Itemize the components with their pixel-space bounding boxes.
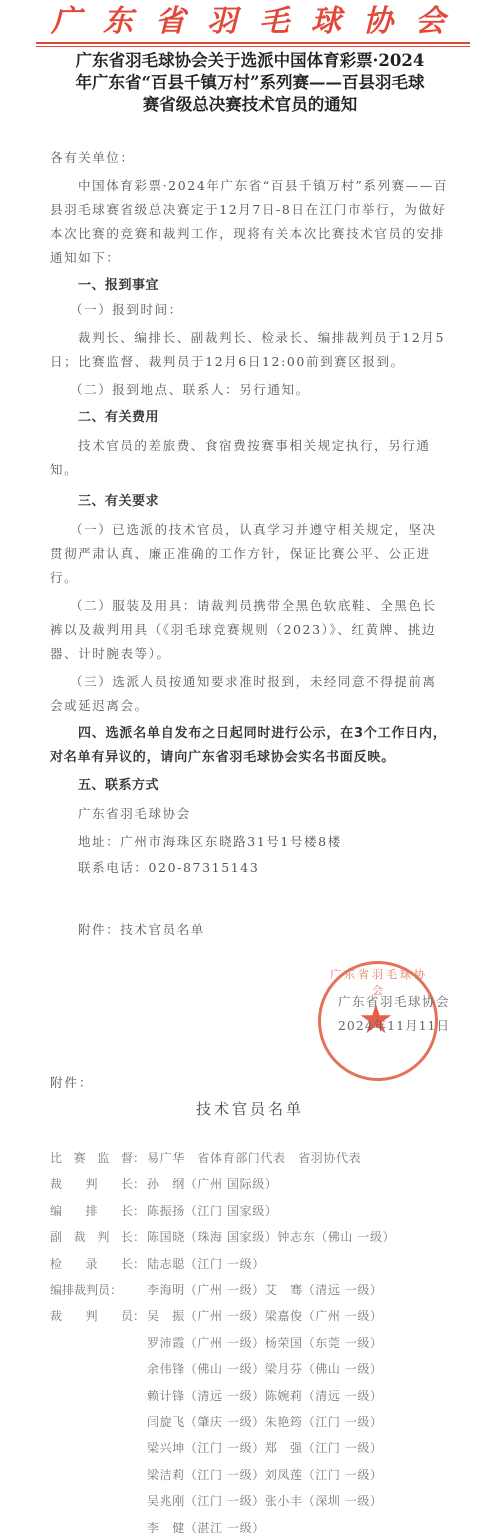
roster-row: 闫旋飞（肇庆 一级）朱艳筠（江门 一级） <box>50 1409 470 1435</box>
role-char: 判 <box>85 1303 97 1329</box>
role-char: 长： <box>121 1171 145 1197</box>
roster-row: 编排长：陈振扬（江门 国家级） <box>50 1198 470 1224</box>
roster-row: 副裁判长：陈国晓（珠海 国家级）钟志东（佛山 一级） <box>50 1224 470 1250</box>
section-4-paragraph: 四、选派名单自发布之日起同时进行公示，在3个工作日内，对名单有异议的，请向广东省… <box>50 722 450 770</box>
roster-entries: 余伟锋（佛山 一级）梁月芬（佛山 一级） <box>147 1356 383 1382</box>
role-char: 判 <box>85 1171 97 1197</box>
masthead-org-name: 广东省羽毛球协会 <box>0 4 500 40</box>
roster-row: 裁判长：孙 纲（广州 国际级） <box>50 1171 470 1197</box>
roster-row: 梁洁莉（江门 一级）刘凤莲（江门 一级） <box>50 1462 470 1488</box>
intro-paragraph: 中国体育彩票·2024年广东省“百县千镇万村”系列赛——百县羽毛球赛省级总决赛定… <box>50 174 450 270</box>
signature-org: 广东省羽毛球协会 <box>320 992 450 1010</box>
roster-role: 裁判长： <box>50 1171 147 1197</box>
roster-entries: 李 健（湛江 一级） <box>147 1515 265 1537</box>
roster-entries: 赖计锋（清远 一级）陈婉莉（清远 一级） <box>147 1383 383 1409</box>
contact-org: 广东省羽毛球协会 <box>50 802 450 826</box>
roster-row: 赖计锋（清远 一级）陈婉莉（清远 一级） <box>50 1383 470 1409</box>
role-char: 长： <box>121 1224 145 1250</box>
roster-role: 编排裁判员： <box>50 1277 147 1303</box>
section-heading-2: 二、有关费用 <box>50 406 450 430</box>
roster-row: 检录长：陆志聪（江门 一级） <box>50 1251 470 1277</box>
roster-entries: 罗沛霞（广州 一级）杨荣国（东莞 一级） <box>147 1330 383 1356</box>
officials-roster: 比赛监督：易广华 省体育部门代表 省羽协代表裁判长：孙 纲（广州 国际级）编排长… <box>50 1145 470 1537</box>
title-line: 年广东省“百县千镇万村”系列赛——百县羽毛球 <box>60 72 440 94</box>
role-char: 裁 <box>50 1171 62 1197</box>
roster-role <box>50 1330 147 1356</box>
role-char: 比 <box>50 1145 62 1171</box>
roster-row: 余伟锋（佛山 一级）梁月芬（佛山 一级） <box>50 1356 470 1382</box>
roster-row: 吴兆刚（江门 一级）张小丰（深圳 一级） <box>50 1488 470 1514</box>
roster-role <box>50 1515 147 1537</box>
roster-row: 裁判员：吴 振（广州 一级）梁嘉俊（广州 一级） <box>50 1303 470 1329</box>
role-char: 长： <box>121 1198 145 1224</box>
role-char: 排 <box>85 1198 97 1224</box>
section-heading-5: 五、联系方式 <box>50 774 450 798</box>
roster-entries: 孙 纲（广州 国际级） <box>147 1171 277 1197</box>
roster-entries: 陈国晓（珠海 国家级）钟志东（佛山 一级） <box>147 1224 395 1250</box>
role-char: 监 <box>97 1145 109 1171</box>
section-3-para-3: （三）选派人员按通知要求准时报到，未经同意不得提前离会或延迟离会。 <box>50 670 450 718</box>
role-char: 判 <box>97 1224 109 1250</box>
role-char: 副 <box>50 1224 62 1250</box>
roster-entries: 闫旋飞（肇庆 一级）朱艳筠（江门 一级） <box>147 1409 383 1435</box>
roster-entries: 梁洁莉（江门 一级）刘凤莲（江门 一级） <box>147 1462 383 1488</box>
masthead-rule-thick <box>36 42 470 44</box>
role-char: 编 <box>50 1198 62 1224</box>
roster-entries: 陈振扬（江门 国家级） <box>147 1198 277 1224</box>
contact-address: 地址：广州市海珠区东晓路31号1号楼8楼 <box>50 830 450 854</box>
role-char: 编排裁判员： <box>50 1277 122 1303</box>
roster-entries: 梁兴坤（江门 一级）郑 强（江门 一级） <box>147 1435 383 1461</box>
roster-row: 梁兴坤（江门 一级）郑 强（江门 一级） <box>50 1435 470 1461</box>
role-char: 录 <box>85 1251 97 1277</box>
roster-row: 李 健（湛江 一级） <box>50 1515 470 1537</box>
attachment-title: 技术官员名单 <box>0 1098 500 1119</box>
roster-entries: 易广华 省体育部门代表 省羽协代表 <box>147 1145 361 1171</box>
role-char: 督： <box>121 1145 145 1171</box>
role-char: 长： <box>121 1251 145 1277</box>
role-char: 赛 <box>74 1145 86 1171</box>
role-char: 员： <box>121 1303 145 1329</box>
section-1-para-1: （一）报到时间： <box>50 298 450 322</box>
roster-row: 罗沛霞（广州 一级）杨荣国（东莞 一级） <box>50 1330 470 1356</box>
roster-entries: 吴 振（广州 一级）梁嘉俊（广州 一级） <box>147 1303 383 1329</box>
section-1-para-3: （二）报到地点、联系人：另行通知。 <box>50 378 450 402</box>
section-heading-1: 一、报到事宜 <box>50 274 450 298</box>
roster-role <box>50 1435 147 1461</box>
attachment-label: 附件： <box>50 1073 94 1091</box>
section-heading-3: 三、有关要求 <box>50 490 450 514</box>
roster-row: 编排裁判员：李海明（广州 一级）艾 骞（清远 一级） <box>50 1277 470 1303</box>
roster-role: 检录长： <box>50 1251 147 1277</box>
salutation: 各有关单位： <box>50 146 450 170</box>
roster-role <box>50 1409 147 1435</box>
section-2-para-1: 技术官员的差旅费、食宿费按赛事相关规定执行，另行通知。 <box>50 434 450 482</box>
role-char: 检 <box>50 1251 62 1277</box>
section-1-para-2: 裁判长、编排长、副裁判长、检录长、编排裁判员于12月5日；比赛监督、裁判员于12… <box>50 326 450 374</box>
roster-role <box>50 1488 147 1514</box>
section-3-para-2: （二）服装及用具：请裁判员携带全黑色软底鞋、全黑色长裤以及裁判用具（《羽毛球竞赛… <box>50 594 450 666</box>
roster-role: 裁判员： <box>50 1303 147 1329</box>
masthead-rule-thin <box>36 46 470 47</box>
roster-row: 比赛监督：易广华 省体育部门代表 省羽协代表 <box>50 1145 470 1171</box>
roster-role: 编排长： <box>50 1198 147 1224</box>
roster-role: 比赛监督： <box>50 1145 147 1171</box>
signature-date: 2024年11月11日 <box>300 1016 450 1034</box>
title-line: 广东省羽毛球协会关于选派中国体育彩票·2024 <box>60 50 440 72</box>
roster-entries: 吴兆刚（江门 一级）张小丰（深圳 一级） <box>147 1488 383 1514</box>
role-char: 裁 <box>74 1224 86 1250</box>
document-title: 广东省羽毛球协会关于选派中国体育彩票·2024 年广东省“百县千镇万村”系列赛—… <box>60 50 440 116</box>
roster-role <box>50 1462 147 1488</box>
role-char: 裁 <box>50 1303 62 1329</box>
attachment-note: 附件：技术官员名单 <box>50 918 450 942</box>
title-line: 赛省级总决赛技术官员的通知 <box>60 94 440 116</box>
roster-role <box>50 1383 147 1409</box>
section-3-para-1: （一）已选派的技术官员，认真学习并遵守相关规定，坚决贯彻严肃认真、廉正准确的工作… <box>50 518 450 590</box>
contact-phone: 联系电话：020-87315143 <box>50 856 450 880</box>
roster-role <box>50 1356 147 1382</box>
roster-role: 副裁判长： <box>50 1224 147 1250</box>
roster-entries: 陆志聪（江门 一级） <box>147 1251 265 1277</box>
roster-entries: 李海明（广州 一级）艾 骞（清远 一级） <box>147 1277 383 1303</box>
document-body: 各有关单位： 中国体育彩票·2024年广东省“百县千镇万村”系列赛——百县羽毛球… <box>50 146 450 942</box>
